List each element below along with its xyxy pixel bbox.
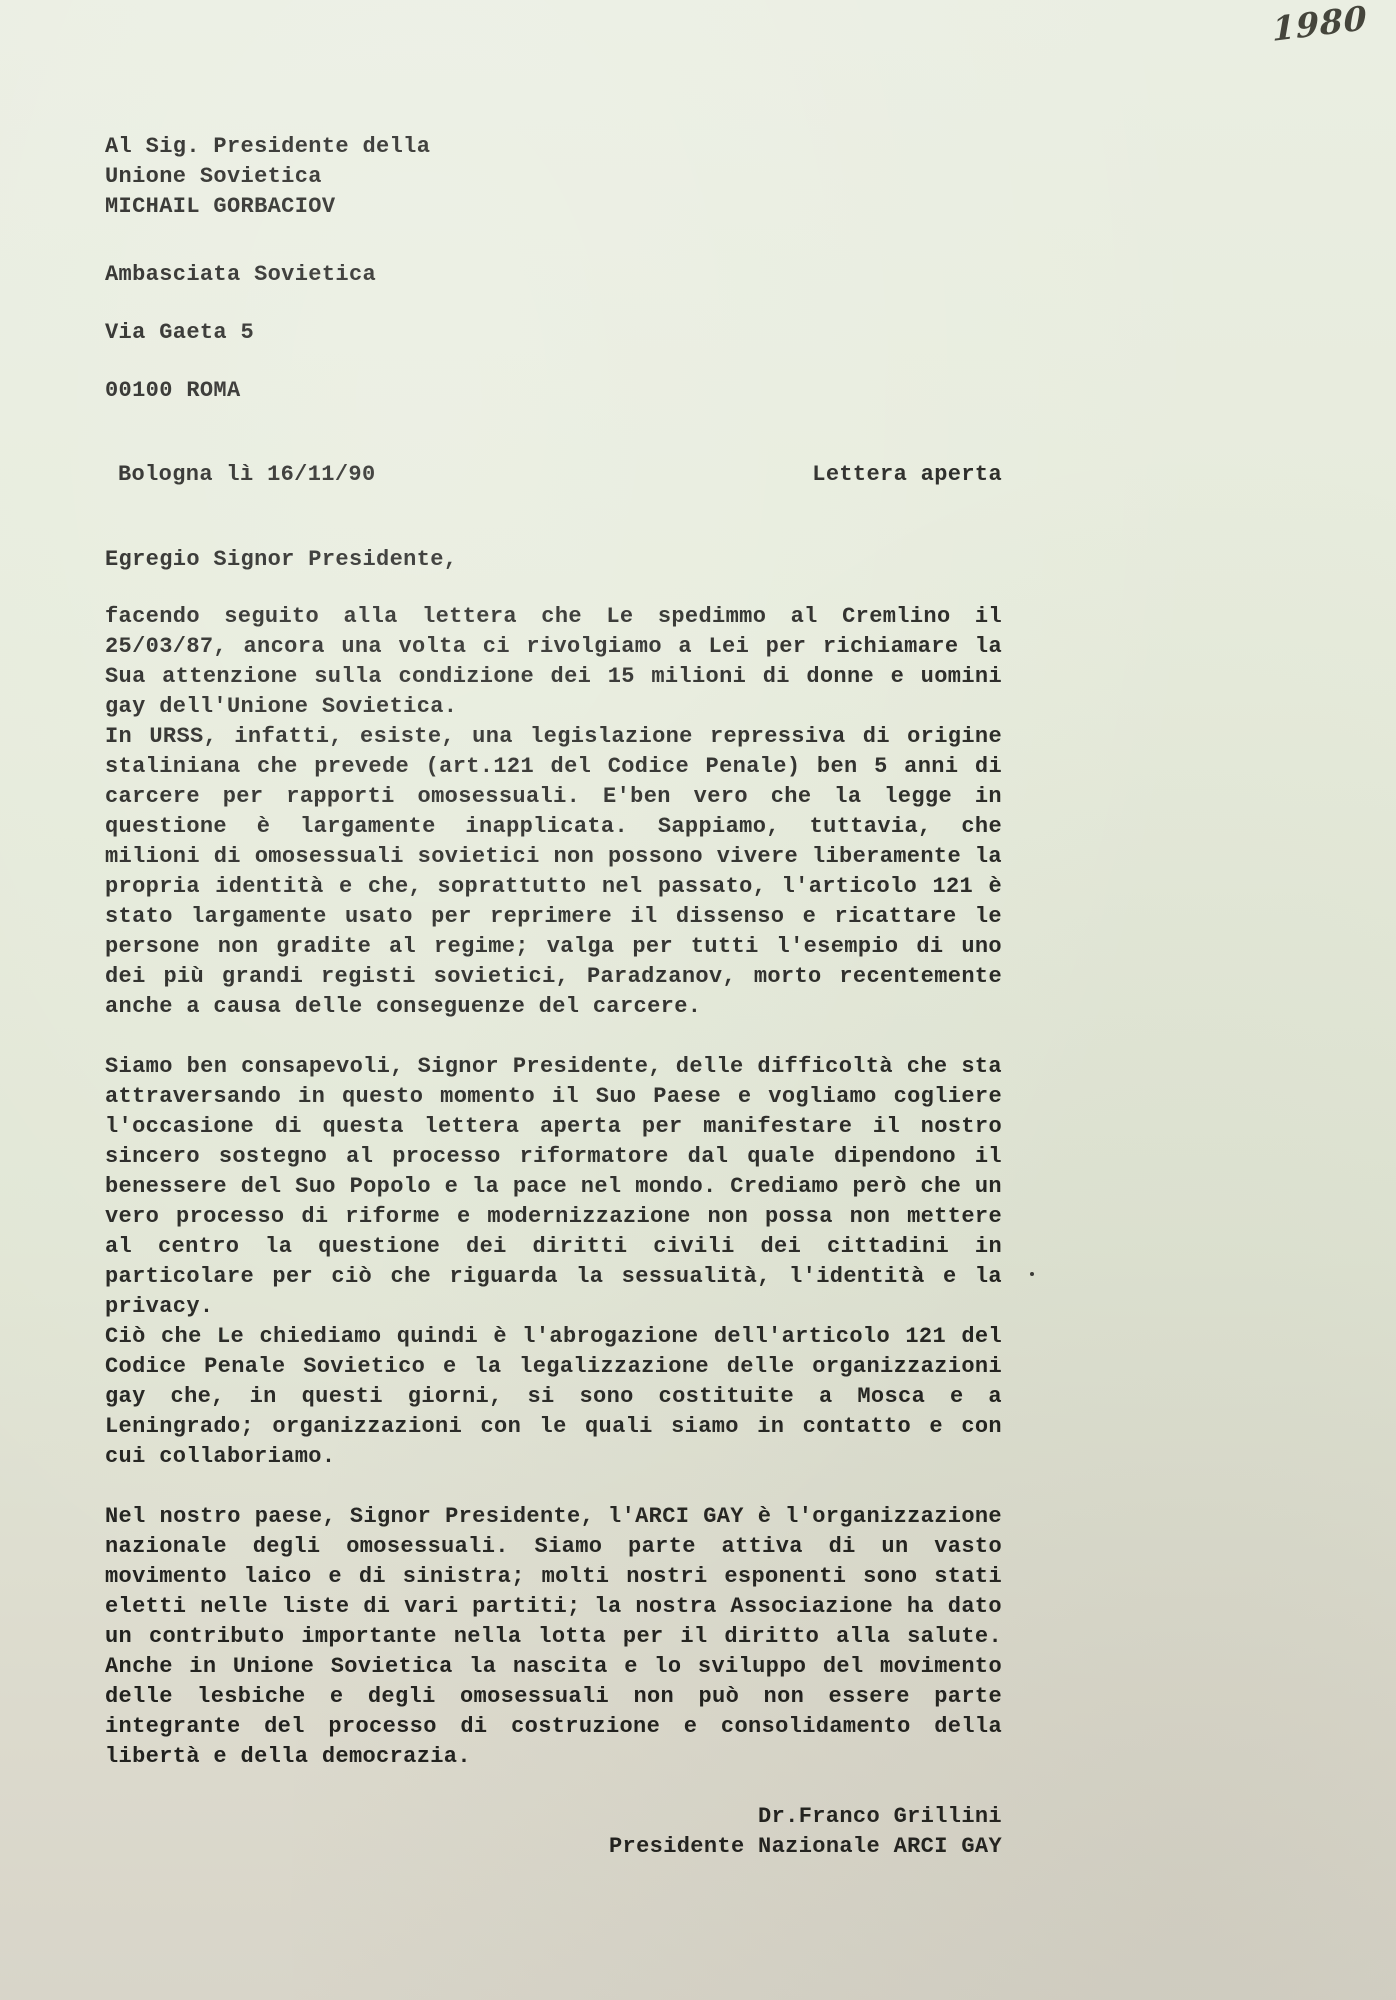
letter-paragraph: Nel nostro paese, Signor Presidente, l'A… — [105, 1502, 1002, 1772]
letter-line: integrante del processo di costruzione e… — [105, 1712, 1002, 1742]
letter-line: privacy. — [105, 1292, 1002, 1322]
letter-line: delle lesbiche e degli omosessuali non p… — [105, 1682, 1002, 1712]
letter-line: movimento laico e di sinistra; molti nos… — [105, 1562, 1002, 1592]
recipient-name: MICHAIL GORBACIOV — [105, 192, 1002, 222]
letter-line: carcere per rapporti omosessuali. E'ben … — [105, 782, 1002, 812]
handwritten-year-note: 1980 — [1272, 0, 1368, 49]
letter-line: benessere del Suo Popolo e la pace nel m… — [105, 1172, 1002, 1202]
letter-line: persone non gradite al regime; valga per… — [105, 932, 1002, 962]
signer-name: Dr.Franco Grillini — [105, 1802, 1002, 1832]
letter-line: cui collaboriamo. — [105, 1442, 1002, 1472]
open-letter-label: Lettera aperta — [812, 462, 1002, 487]
letter-line: un contributo importante nella lotta per… — [105, 1622, 1002, 1652]
letter-line: attraversando in questo momento il Suo P… — [105, 1082, 1002, 1112]
salutation: Egregio Signor Presidente, — [105, 545, 1002, 575]
letter-line: Nel nostro paese, Signor Presidente, l'A… — [105, 1502, 1002, 1532]
place-and-date: Bologna lì 16/11/90 — [105, 462, 376, 487]
recipient-line: Al Sig. Presidente della — [105, 132, 1002, 162]
letter-content: Al Sig. Presidente della Unione Sovietic… — [105, 132, 1002, 1862]
letter-line: particolare per ciò che riguarda la sess… — [105, 1262, 1002, 1292]
letter-line: anche a causa delle conseguenze del carc… — [105, 992, 1002, 1022]
letter-line: In URSS, infatti, esiste, una legislazio… — [105, 722, 1002, 752]
letter-line: Sua attenzione sulla condizione dei 15 m… — [105, 662, 1002, 692]
letter-line: eletti nelle liste di vari partiti; la n… — [105, 1592, 1002, 1622]
address-city: 00100 ROMA — [105, 376, 1002, 406]
letter-paragraph: Siamo ben consapevoli, Signor Presidente… — [105, 1052, 1002, 1472]
letter-line: l'occasione di questa lettera aperta per… — [105, 1112, 1002, 1142]
letter-line: libertà e della democrazia. — [105, 1742, 1002, 1772]
letter-line: dei più grandi registi sovietici, Paradz… — [105, 962, 1002, 992]
letter-line: nazionale degli omosessuali. Siamo parte… — [105, 1532, 1002, 1562]
letter-paragraph: facendo seguito alla lettera che Le sped… — [105, 602, 1002, 1022]
letter-page: 1980 Al Sig. Presidente della Unione Sov… — [0, 0, 1396, 2000]
signer-title: Presidente Nazionale ARCI GAY — [105, 1832, 1002, 1862]
letter-line: Siamo ben consapevoli, Signor Presidente… — [105, 1052, 1002, 1082]
letter-line: facendo seguito alla lettera che Le sped… — [105, 602, 1002, 632]
stray-ink-dot — [1030, 1272, 1034, 1276]
letter-line: sincero sostegno al processo riformatore… — [105, 1142, 1002, 1172]
letter-line: gay dell'Unione Sovietica. — [105, 692, 1002, 722]
signature-block: Dr.Franco Grillini Presidente Nazionale … — [105, 1802, 1002, 1862]
letter-line: milioni di omosessuali sovietici non pos… — [105, 842, 1002, 872]
letter-line: al centro la questione dei diritti civil… — [105, 1232, 1002, 1262]
letter-line: Leningrado; organizzazioni con le quali … — [105, 1412, 1002, 1442]
letter-body: facendo seguito alla lettera che Le sped… — [105, 602, 1002, 1772]
address-street: Via Gaeta 5 — [105, 318, 1002, 348]
letter-line: Anche in Unione Sovietica la nascita e l… — [105, 1652, 1002, 1682]
dateline-row: Bologna lì 16/11/90 Lettera aperta — [105, 462, 1002, 487]
letter-line: propria identità e che, soprattutto nel … — [105, 872, 1002, 902]
recipient-line: Unione Sovietica — [105, 162, 1002, 192]
letter-line: vero processo di riforme e modernizzazio… — [105, 1202, 1002, 1232]
recipient-block: Al Sig. Presidente della Unione Sovietic… — [105, 132, 1002, 222]
letter-line: 25/03/87, ancora una volta ci rivolgiamo… — [105, 632, 1002, 662]
letter-line: questione è largamente inapplicata. Sapp… — [105, 812, 1002, 842]
letter-line: stato largamente usato per reprimere il … — [105, 902, 1002, 932]
letter-line: Codice Penale Sovietico e la legalizzazi… — [105, 1352, 1002, 1382]
letter-line: staliniana che prevede (art.121 del Codi… — [105, 752, 1002, 782]
address-organization: Ambasciata Sovietica — [105, 260, 1002, 290]
letter-line: Ciò che Le chiediamo quindi è l'abrogazi… — [105, 1322, 1002, 1352]
letter-line: gay che, in questi giorni, si sono costi… — [105, 1382, 1002, 1412]
